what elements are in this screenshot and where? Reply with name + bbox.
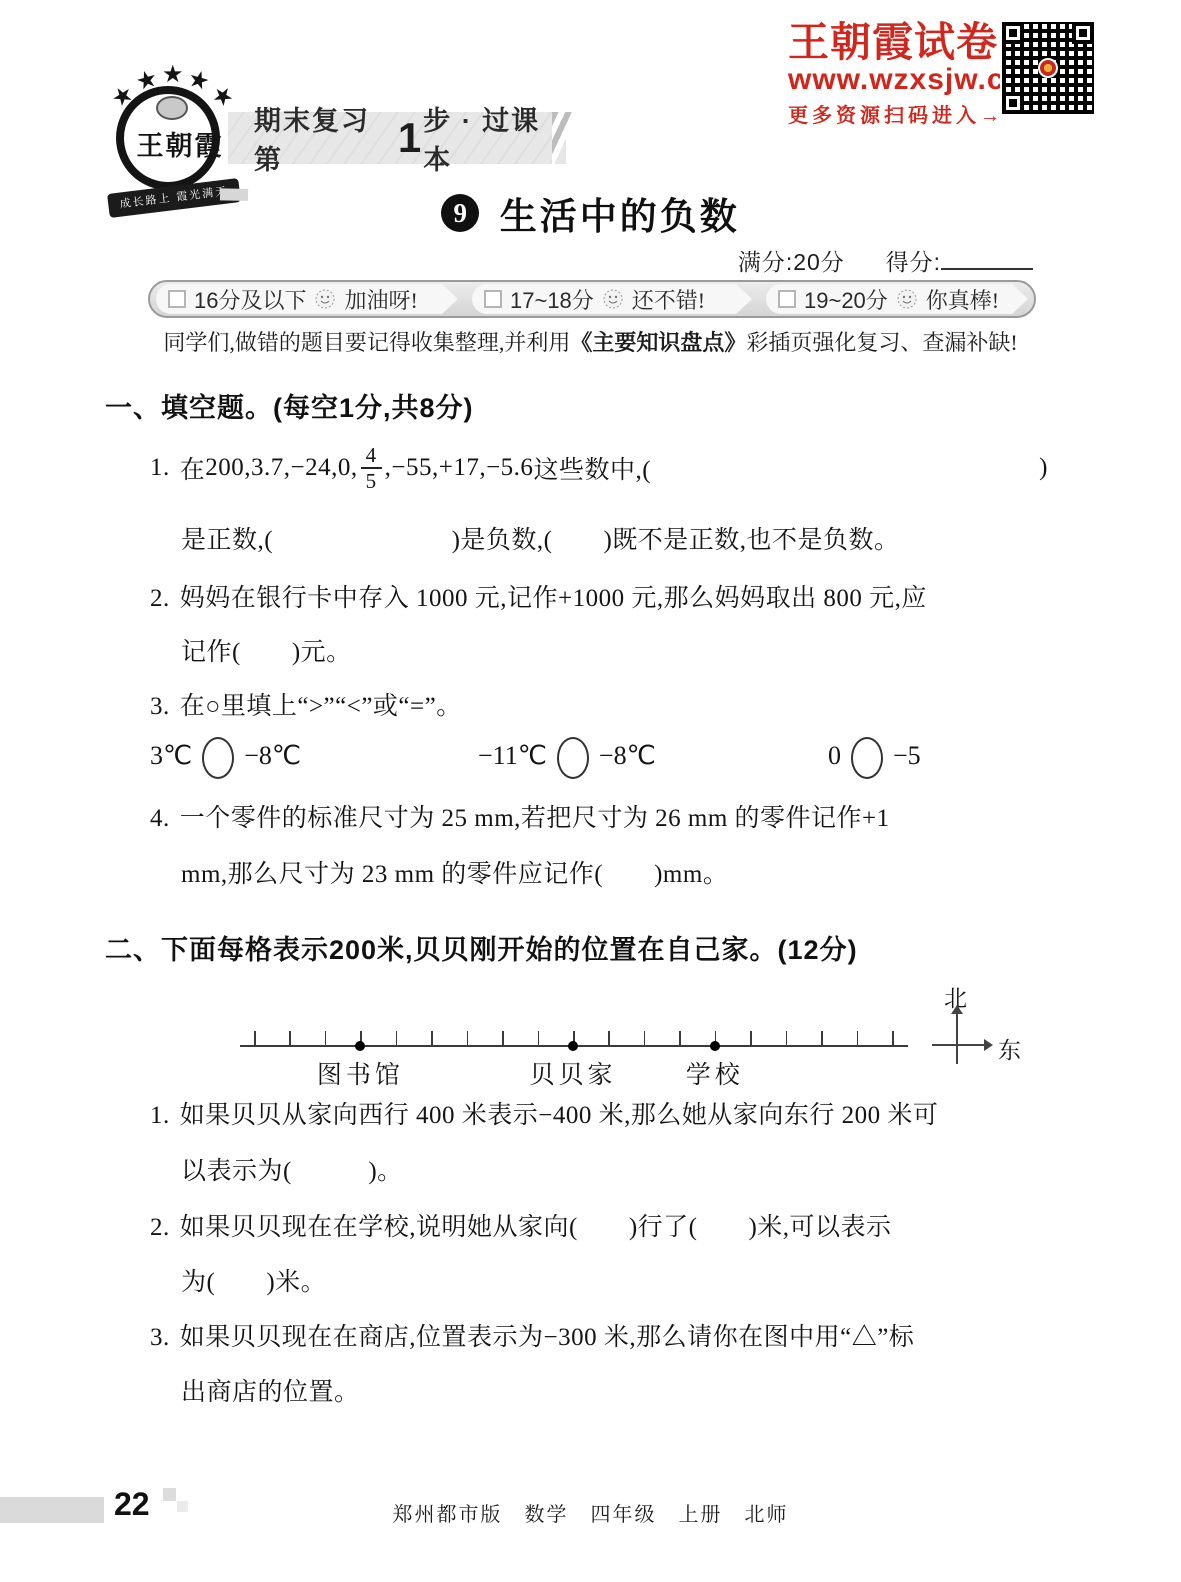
location-label: 贝贝家 bbox=[529, 1055, 616, 1091]
banner-step-number: 1 bbox=[398, 114, 421, 162]
tick-mark bbox=[254, 1031, 256, 1046]
location-dot bbox=[710, 1041, 720, 1051]
tick-mark bbox=[857, 1031, 859, 1046]
q3-text: 在○里填上“>”“<”或“=”。 bbox=[180, 693, 462, 720]
got-score-label: 得分: bbox=[886, 249, 941, 275]
question-number: 1. bbox=[150, 454, 170, 482]
tick-mark bbox=[608, 1031, 610, 1046]
footer-edition-info: 郑州都市版 数学 四年级 上册 北师 bbox=[0, 1498, 1181, 1527]
smiley-face-icon bbox=[314, 288, 336, 310]
q1-text: 这些数中,( bbox=[533, 450, 651, 486]
s2-q1-line2: 以表示为( )。 bbox=[181, 1151, 1048, 1187]
qr-finder-icon bbox=[1072, 22, 1094, 44]
tick-mark bbox=[786, 1031, 788, 1046]
number-line: 图书馆贝贝家学校 bbox=[240, 975, 908, 1085]
tick-mark bbox=[892, 1031, 894, 1046]
worksheet-page: 王朝霞试卷网 www.wzxsjw.com 更多资源扫码进入→ ★ ★ ★ ★ … bbox=[0, 0, 1181, 1582]
notice-post: 彩插页强化复习、查漏补缺! bbox=[746, 330, 1017, 355]
compare-circle-blank[interactable] bbox=[202, 737, 234, 779]
tick-mark bbox=[502, 1031, 504, 1046]
qr-code bbox=[1002, 22, 1094, 114]
comparison-row: 3℃−8℃ −11℃−8℃ 0−5 bbox=[0, 730, 1181, 782]
compass-up-arrow-icon bbox=[951, 1005, 963, 1014]
s1-q2-line2: 记作( )元。 bbox=[181, 632, 1048, 668]
location-dot bbox=[355, 1041, 365, 1051]
location-dot bbox=[568, 1041, 578, 1051]
s2-q1-line1: 1.如果贝贝从家向西行 400 米表示−400 米,那么她从家向东行 200 米… bbox=[150, 1095, 1048, 1131]
s1-q3-line1: 3.在○里填上“>”“<”或“=”。 bbox=[150, 686, 1048, 722]
fraction-numerator: 4 bbox=[361, 443, 382, 469]
s2-q3-line2: 出商店的位置。 bbox=[181, 1372, 1048, 1408]
s1-q4-line2: mm,那么尺寸为 23 mm 的零件应记作( )mm。 bbox=[181, 854, 1048, 890]
tick-mark bbox=[467, 1031, 469, 1046]
question-number: 3. bbox=[150, 693, 170, 720]
score-blank[interactable] bbox=[941, 248, 1033, 270]
section2-heading: 二、下面每格表示200米,贝贝刚开始的位置在自己家。(12分) bbox=[105, 928, 858, 967]
fraction-denominator: 5 bbox=[366, 469, 377, 493]
compare-right: −8℃ bbox=[244, 741, 301, 770]
compass-east-label: 东 bbox=[998, 1032, 1021, 1065]
tick-mark bbox=[325, 1031, 327, 1046]
question-number: 4. bbox=[150, 805, 170, 832]
comparison-item: 3℃−8℃ bbox=[150, 730, 301, 782]
tick-mark bbox=[644, 1031, 646, 1046]
score-band-segment-1: 16分及以下 加油呀! bbox=[156, 284, 458, 314]
comparison-item: −11℃−8℃ bbox=[478, 730, 656, 782]
tick-mark bbox=[821, 1031, 823, 1046]
compass-vertical-line bbox=[956, 1012, 958, 1064]
score-range-label: 16分及以下 bbox=[194, 284, 306, 315]
brand-title: 王朝霞试卷网 bbox=[788, 22, 1181, 63]
smiley-face-icon bbox=[896, 288, 918, 310]
score-line: 满分:20分 得分: bbox=[738, 244, 1033, 277]
score-comment-label: 加油呀! bbox=[344, 284, 417, 315]
banner-text-post: 步 · 过课本 bbox=[423, 99, 566, 177]
score-range-label: 17~18分 bbox=[510, 284, 594, 315]
s1-q1-line1: 1. 在 200,3.7,−24,0, 4 5 ,−55,+17,−5.6 这些… bbox=[150, 432, 1048, 504]
score-band-segment-2: 17~18分 还不错! bbox=[472, 284, 752, 314]
number-line-diagram: 图书馆贝贝家学校 北 东 bbox=[0, 975, 1181, 1085]
section1-heading: 一、填空题。(每空1分,共8分) bbox=[105, 386, 474, 425]
question-number: 2. bbox=[150, 1214, 170, 1241]
compare-right: −5 bbox=[893, 741, 921, 770]
qr-center-seal-icon bbox=[1038, 58, 1058, 78]
number-line-track: 图书馆贝贝家学校 bbox=[254, 975, 892, 1085]
unit-number-badge: 9 bbox=[441, 194, 479, 232]
s1-q4-line1: 4.一个零件的标准尺寸为 25 mm,若把尺寸为 26 mm 的零件记作+1 bbox=[150, 798, 1048, 834]
s2-q3-line1: 3.如果贝贝现在在商店,位置表示为−300 米,那么请你在图中用“△”标 bbox=[150, 1317, 1048, 1353]
compare-circle-blank[interactable] bbox=[557, 737, 589, 779]
checkbox-17-18[interactable] bbox=[484, 290, 502, 308]
comparison-item: 0−5 bbox=[828, 730, 921, 782]
brand-url: www.wzxsjw.com bbox=[788, 63, 1181, 96]
compare-left: −11℃ bbox=[478, 741, 547, 770]
badge-name: 王朝霞 bbox=[110, 124, 250, 163]
compass-right-arrow-icon bbox=[984, 1039, 993, 1051]
score-band-segment-3: 19~20分 你真棒! bbox=[766, 284, 1028, 314]
tick-mark bbox=[289, 1031, 291, 1046]
score-comment-label: 还不错! bbox=[632, 284, 705, 315]
score-comment-label: 你真棒! bbox=[926, 284, 999, 315]
score-range-label: 19~20分 bbox=[804, 284, 888, 315]
q-text: 如果贝贝从家向西行 400 米表示−400 米,那么她从家向东行 200 米可 bbox=[180, 1102, 939, 1129]
tick-mark bbox=[679, 1031, 681, 1046]
s1-q1-line2: 是正数,( )是负数,( )既不是正数,也不是负数。 bbox=[181, 520, 1048, 556]
tick-mark bbox=[396, 1031, 398, 1046]
star-icon: ★ bbox=[162, 60, 184, 89]
notice-bold: 《主要知识盘点》 bbox=[570, 330, 746, 355]
s1-q2-line1: 2.妈妈在银行卡中存入 1000 元,记作+1000 元,那么妈妈取出 800 … bbox=[150, 578, 1048, 614]
s2-q2-line2: 为( )米。 bbox=[181, 1262, 1048, 1298]
compass-horizontal-line bbox=[932, 1044, 986, 1046]
q-text: 如果贝贝现在在学校,说明她从家向( )行了( )米,可以表示 bbox=[180, 1214, 892, 1241]
q2-text: 妈妈在银行卡中存入 1000 元,记作+1000 元,那么妈妈取出 800 元,… bbox=[180, 585, 927, 612]
smiley-face-icon bbox=[602, 288, 624, 310]
tick-mark bbox=[538, 1031, 540, 1046]
qr-finder-icon bbox=[1002, 22, 1024, 44]
publisher-badge: ★ ★ ★ ★ ★ 王朝霞 成长路上 霞光满天 bbox=[110, 60, 250, 240]
compare-left: 0 bbox=[828, 741, 841, 770]
compare-left: 3℃ bbox=[150, 741, 192, 770]
notice-pre: 同学们,做错的题目要记得收集整理,并利用 bbox=[163, 330, 570, 355]
q1-text: 在 bbox=[180, 450, 206, 486]
header-banner: 期末复习第 1 步 · 过课本 bbox=[228, 112, 566, 164]
location-label: 图书馆 bbox=[317, 1055, 404, 1091]
banner-text-pre: 期末复习第 bbox=[254, 99, 396, 177]
location-label: 学校 bbox=[686, 1055, 744, 1091]
s2-q2-line1: 2.如果贝贝现在在学校,说明她从家向( )行了( )米,可以表示 bbox=[150, 1207, 1048, 1243]
checkbox-19-20[interactable] bbox=[778, 290, 796, 308]
full-score-label: 满分:20分 bbox=[738, 249, 845, 275]
question-number: 3. bbox=[150, 1324, 170, 1351]
brand-scan-hint: 更多资源扫码进入→ bbox=[788, 99, 1181, 128]
question-number: 1. bbox=[150, 1102, 170, 1129]
q1-numbers: ,−55,+17,−5.6 bbox=[385, 454, 534, 482]
notice-line: 同学们,做错的题目要记得收集整理,并利用《主要知识盘点》彩插页强化复习、查漏补缺… bbox=[0, 326, 1181, 357]
q4-text: 一个零件的标准尺寸为 25 mm,若把尺寸为 26 mm 的零件记作+1 bbox=[180, 805, 890, 832]
score-band: 16分及以下 加油呀! 17~18分 还不错! 19~20分 你真棒 bbox=[148, 280, 1036, 318]
qr-finder-icon bbox=[1002, 92, 1024, 114]
compass-icon: 北 东 bbox=[918, 980, 1018, 1080]
fraction-four-fifths: 4 5 bbox=[361, 443, 382, 493]
portrait-icon bbox=[156, 96, 188, 120]
compare-circle-blank[interactable] bbox=[851, 737, 883, 779]
compare-right: −8℃ bbox=[599, 741, 656, 770]
q1-numbers: 200,3.7,−24,0, bbox=[205, 454, 357, 482]
q-text: 如果贝贝现在在商店,位置表示为−300 米,那么请你在图中用“△”标 bbox=[180, 1324, 915, 1351]
checkbox-16-and-below[interactable] bbox=[168, 290, 186, 308]
brand-block: 王朝霞试卷网 www.wzxsjw.com 更多资源扫码进入→ bbox=[788, 22, 1181, 128]
tick-mark bbox=[431, 1031, 433, 1046]
question-number: 2. bbox=[150, 585, 170, 612]
tick-mark bbox=[750, 1031, 752, 1046]
q1-close-paren: ) bbox=[1039, 454, 1048, 482]
page-title: 生活中的负数 bbox=[500, 196, 740, 237]
